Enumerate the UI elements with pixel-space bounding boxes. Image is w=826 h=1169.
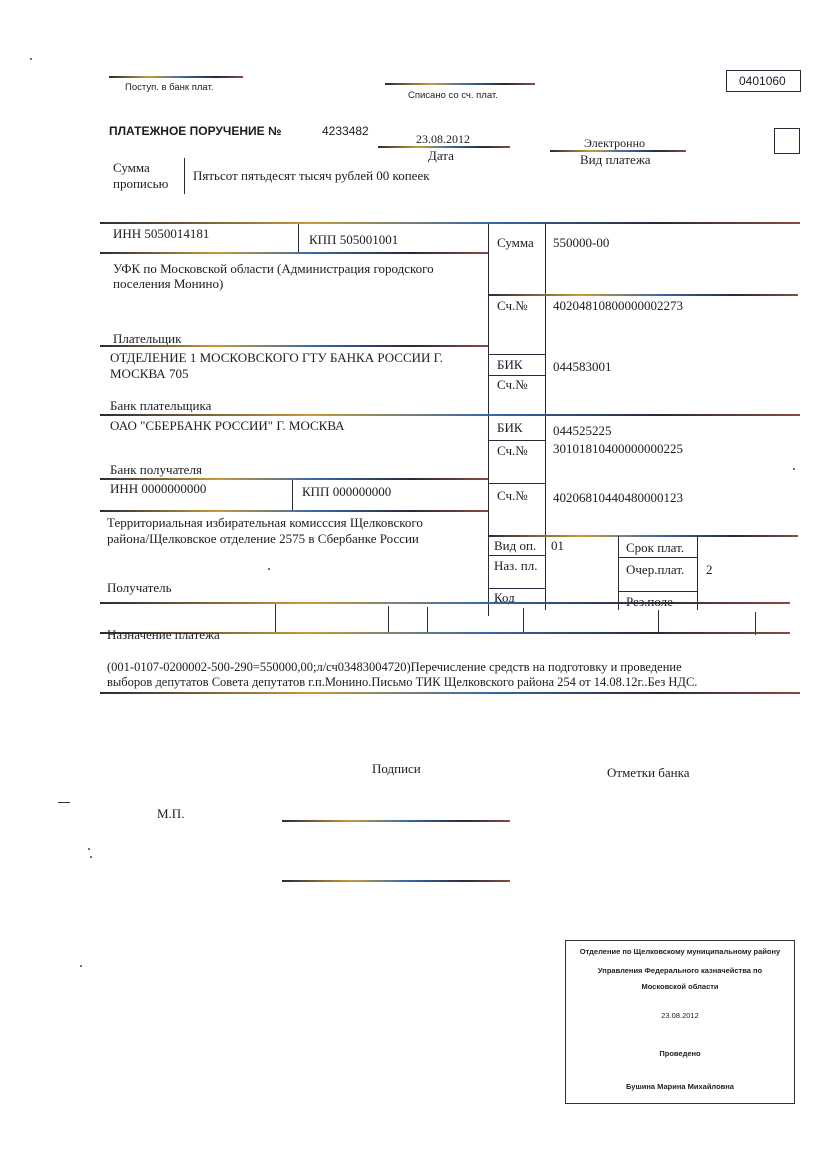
payer-bank-bik: 044583001 — [553, 359, 612, 374]
grid-line — [488, 294, 798, 296]
purpose-line-2: выборов депутатов Совета депутатов г.п.М… — [107, 675, 697, 690]
grid-line — [488, 555, 545, 556]
divider — [618, 536, 619, 610]
grid-line — [100, 252, 488, 254]
payment-type-label: Вид платежа — [580, 152, 651, 167]
stamp-date: 23.08.2012 — [566, 1011, 794, 1020]
debited-line — [385, 83, 535, 85]
payer-account-label: Сч.№ — [497, 298, 528, 313]
amount-value: 550000-00 — [553, 235, 609, 250]
purpose-code-label: Наз. пл. — [494, 558, 538, 573]
tax-field-divider — [388, 606, 389, 632]
grid-line — [488, 375, 545, 376]
op-type-label: Вид оп. — [494, 538, 536, 553]
priority-value: 2 — [706, 562, 713, 577]
stamp-officer: Бушина Марина Михайловна — [566, 1082, 794, 1091]
payee-account-label: Сч.№ — [497, 488, 528, 503]
scan-speck — [30, 58, 32, 60]
grid-line — [488, 535, 798, 537]
divider — [292, 480, 293, 510]
payee-inn: ИНН 0000000000 — [110, 481, 206, 496]
status-box[interactable] — [774, 128, 800, 154]
divider — [488, 224, 489, 616]
payee-bank-account-label: Сч.№ — [497, 443, 528, 458]
grid-line — [100, 692, 800, 694]
seal-label: М.П. — [157, 806, 184, 821]
grid-line — [100, 478, 488, 480]
purpose-label: Назначение платежа — [107, 627, 220, 642]
scan-speck — [88, 848, 90, 850]
grid-line — [100, 345, 488, 347]
payer-bank-bik-label: БИК — [497, 357, 523, 372]
doc-number: 4233482 — [322, 124, 369, 139]
grid-line — [488, 354, 545, 355]
payer-name-1: УФК по Московской области (Администрация… — [113, 261, 434, 276]
received-label: Поступ. в банк плат. — [125, 80, 213, 95]
payer-bank-name-1: ОТДЕЛЕНИЕ 1 МОСКОВСКОГО ГТУ БАНКА РОССИИ… — [110, 350, 443, 365]
doc-date: 23.08.2012 — [416, 132, 470, 147]
payer-bank-account-label: Сч.№ — [497, 377, 528, 392]
scan-speck — [80, 965, 82, 967]
grid-line — [488, 483, 545, 484]
op-type: 01 — [551, 538, 564, 553]
payee-bank-bik: 044525225 — [553, 423, 612, 438]
scan-speck — [268, 568, 270, 570]
grid-line — [618, 557, 697, 558]
payee-kpp: КПП 000000000 — [302, 484, 391, 499]
stamp-line-2: Управления Федерального казначейства по — [566, 966, 794, 975]
due-date-label: Срок плат. — [626, 540, 684, 555]
payee-name-2: района/Щелковское отделение 2575 в Сберб… — [107, 531, 419, 546]
payer-inn: ИНН 5050014181 — [113, 226, 209, 241]
payee-name-1: Территориальная избирательная комисссия … — [107, 515, 423, 530]
debited-label: Списано со сч. плат. — [408, 88, 498, 103]
tax-field-divider — [658, 610, 659, 634]
payee-bank-account: 30101810400000000225 — [553, 441, 683, 456]
amount-words-label-1: Сумма — [113, 160, 150, 175]
stamp-line-3: Московской области — [566, 982, 794, 991]
grid-line — [100, 222, 800, 224]
date-label: Дата — [428, 148, 454, 163]
scan-speck — [90, 856, 92, 858]
signature-line-1[interactable] — [282, 820, 510, 822]
priority-label: Очер.плат. — [626, 562, 684, 577]
signature-line-2[interactable] — [282, 880, 510, 882]
tax-field-divider — [427, 607, 428, 632]
payee-bank-name: ОАО "СБЕРБАНК РОССИИ" Г. МОСКВА — [110, 418, 345, 433]
stamp-line-1: Отделение по Щелковскому муниципальному … — [566, 947, 794, 956]
payer-account: 40204810800000002273 — [553, 298, 683, 313]
grid-line — [100, 602, 790, 604]
payer-label: Плательщик — [113, 331, 181, 346]
received-line — [109, 76, 243, 78]
payment-type: Электронно — [584, 136, 645, 151]
payer-bank-name-2: МОСКВА 705 — [110, 366, 188, 381]
doc-title: ПЛАТЕЖНОЕ ПОРУЧЕНИЕ № — [109, 124, 281, 139]
form-code-box: 0401060 — [726, 70, 801, 92]
amount-label: Сумма — [497, 235, 534, 250]
divider — [184, 158, 185, 194]
grid-line — [100, 510, 488, 512]
payee-bank-bik-label: БИК — [497, 420, 523, 435]
payee-label: Получатель — [107, 580, 172, 595]
payer-kpp: КПП 505001001 — [309, 232, 398, 247]
divider — [298, 224, 299, 252]
grid-line — [618, 591, 697, 592]
payer-name-2: поселения Монино) — [113, 276, 223, 291]
tax-field-divider — [523, 608, 524, 633]
bank-stamp: Отделение по Щелковскому муниципальному … — [565, 940, 795, 1104]
bank-marks-label: Отметки банка — [607, 765, 690, 780]
payee-account: 40206810440480000123 — [553, 490, 683, 505]
grid-line — [488, 440, 545, 441]
amount-words-value: Пятьсот пятьдесят тысяч рублей 00 копеек — [193, 168, 430, 183]
payee-bank-label: Банк получателя — [110, 462, 202, 477]
amount-words-label-2: прописью — [113, 176, 168, 191]
payer-bank-label: Банк плательщика — [110, 398, 211, 413]
divider — [697, 536, 698, 610]
tax-field-divider — [275, 604, 276, 632]
purpose-line-1: (001-0107-0200002-500-290=550000,00;л/сч… — [107, 660, 682, 675]
signatures-label: Подписи — [372, 761, 421, 776]
divider — [545, 224, 546, 610]
grid-line — [100, 414, 800, 416]
form-code: 0401060 — [739, 74, 786, 89]
scan-speck — [793, 468, 795, 470]
stamp-status: Проведено — [566, 1049, 794, 1058]
grid-line — [488, 588, 545, 589]
scan-mark — [58, 802, 70, 803]
